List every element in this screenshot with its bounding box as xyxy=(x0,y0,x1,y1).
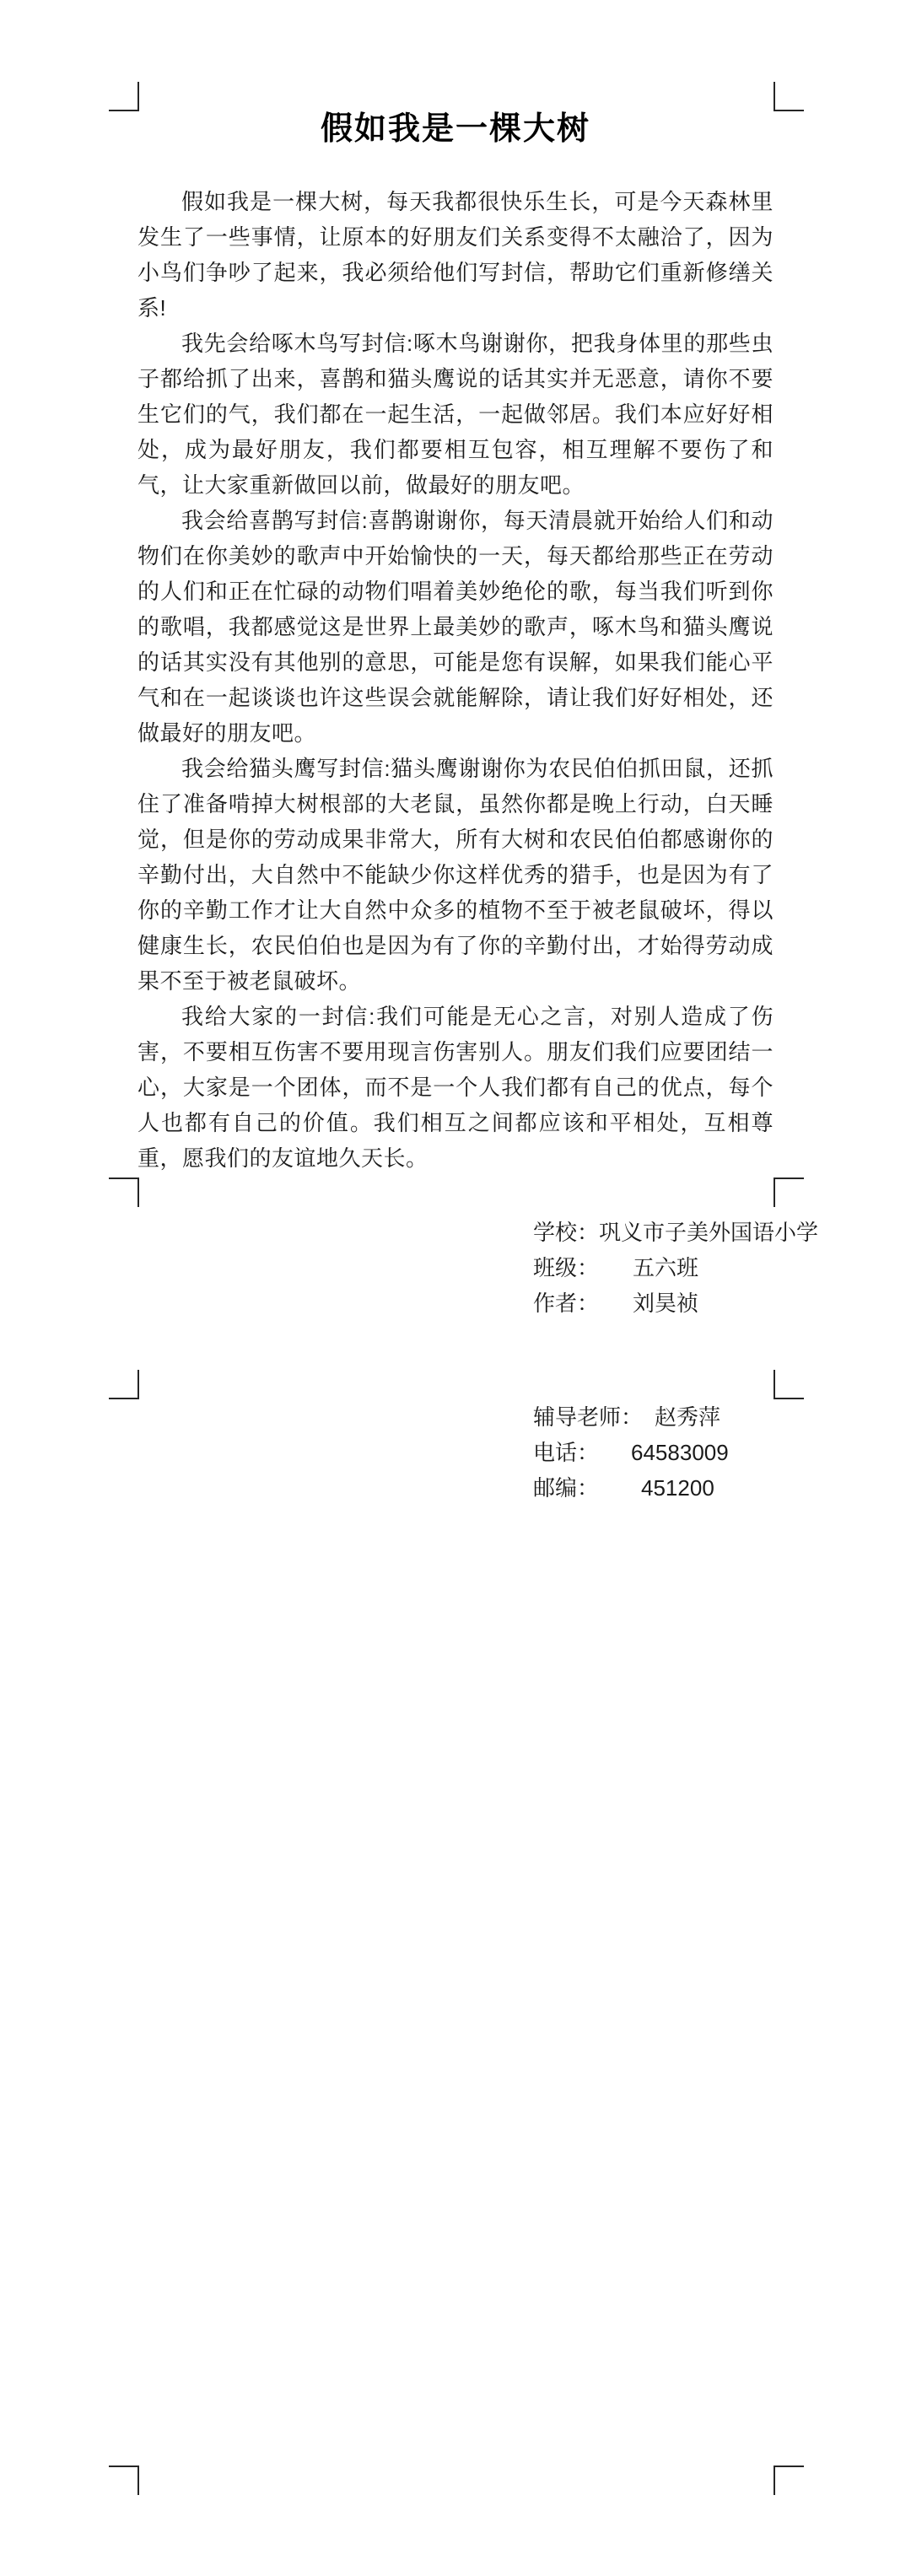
essay-paragraph-2: 我先会给啄木鸟写封信:啄木鸟谢谢你，把我身体里的那些虫子都给抓了出来，喜鹊和猫头… xyxy=(137,326,774,503)
byline-author-row: 作者：刘昊祯 xyxy=(533,1285,774,1321)
page-2: 辅导老师：赵秀萍 电话：64583009 邮编：451200 xyxy=(137,1398,774,2466)
postcode-row: 邮编：451200 xyxy=(533,1470,774,1506)
document-canvas: 假如我是一棵大树 假如我是一棵大树，每天我都很快乐生长，可是今天森林里发生了一些… xyxy=(0,0,911,2576)
school-label: 学校： xyxy=(533,1220,599,1245)
crop-mark-bottom-left xyxy=(109,2466,139,2495)
essay-paragraph-1: 假如我是一棵大树，每天我都很快乐生长，可是今天森林里发生了一些事情，让原本的好朋… xyxy=(137,184,774,326)
byline-class-row: 班级：五六班 xyxy=(533,1250,774,1285)
phone-value: 64583009 xyxy=(631,1435,729,1470)
contact-block: 辅导老师：赵秀萍 电话：64583009 邮编：451200 xyxy=(533,1399,774,1506)
crop-mark-bottom-right xyxy=(774,2466,804,2495)
crop-mark-bottom-right xyxy=(774,1178,804,1207)
byline-block: 学校：巩义市子美外国语小学 班级：五六班 作者：刘昊祯 xyxy=(533,1215,774,1321)
author-label: 作者： xyxy=(533,1291,599,1316)
phone-row: 电话：64583009 xyxy=(533,1435,774,1470)
essay-paragraph-4: 我会给猫头鹰写封信:猫头鹰谢谢你为农民伯伯抓田鼠，还抓住了准备啃掉大树根部的大老… xyxy=(137,751,774,999)
page-1: 假如我是一棵大树 假如我是一棵大树，每天我都很快乐生长，可是今天森林里发生了一些… xyxy=(137,110,774,1178)
teacher-row: 辅导老师：赵秀萍 xyxy=(533,1399,774,1435)
teacher-label: 辅导老师： xyxy=(533,1404,643,1430)
teacher-value: 赵秀萍 xyxy=(655,1399,720,1435)
byline-school-row: 学校：巩义市子美外国语小学 xyxy=(533,1215,774,1250)
essay-paragraph-3: 我会给喜鹊写封信:喜鹊谢谢你，每天清晨就开始给人们和动物们在你美妙的歌声中开始愉… xyxy=(137,503,774,751)
class-label: 班级： xyxy=(533,1255,599,1280)
postcode-label: 邮编： xyxy=(533,1475,599,1501)
school-value: 巩义市子美外国语小学 xyxy=(599,1215,818,1250)
phone-label: 电话： xyxy=(533,1440,599,1465)
crop-mark-top-left xyxy=(109,1370,139,1399)
essay-title: 假如我是一棵大树 xyxy=(137,110,774,148)
crop-mark-bottom-left xyxy=(109,1178,139,1207)
crop-mark-top-right xyxy=(774,82,804,111)
postcode-value: 451200 xyxy=(641,1470,714,1506)
crop-mark-top-right xyxy=(774,1370,804,1399)
essay-paragraph-5: 我给大家的一封信:我们可能是无心之言，对别人造成了伤害，不要相互伤害不要用现言伤… xyxy=(137,999,774,1176)
author-value: 刘昊祯 xyxy=(633,1285,698,1321)
crop-mark-top-left xyxy=(109,82,139,111)
class-value: 五六班 xyxy=(633,1250,698,1285)
